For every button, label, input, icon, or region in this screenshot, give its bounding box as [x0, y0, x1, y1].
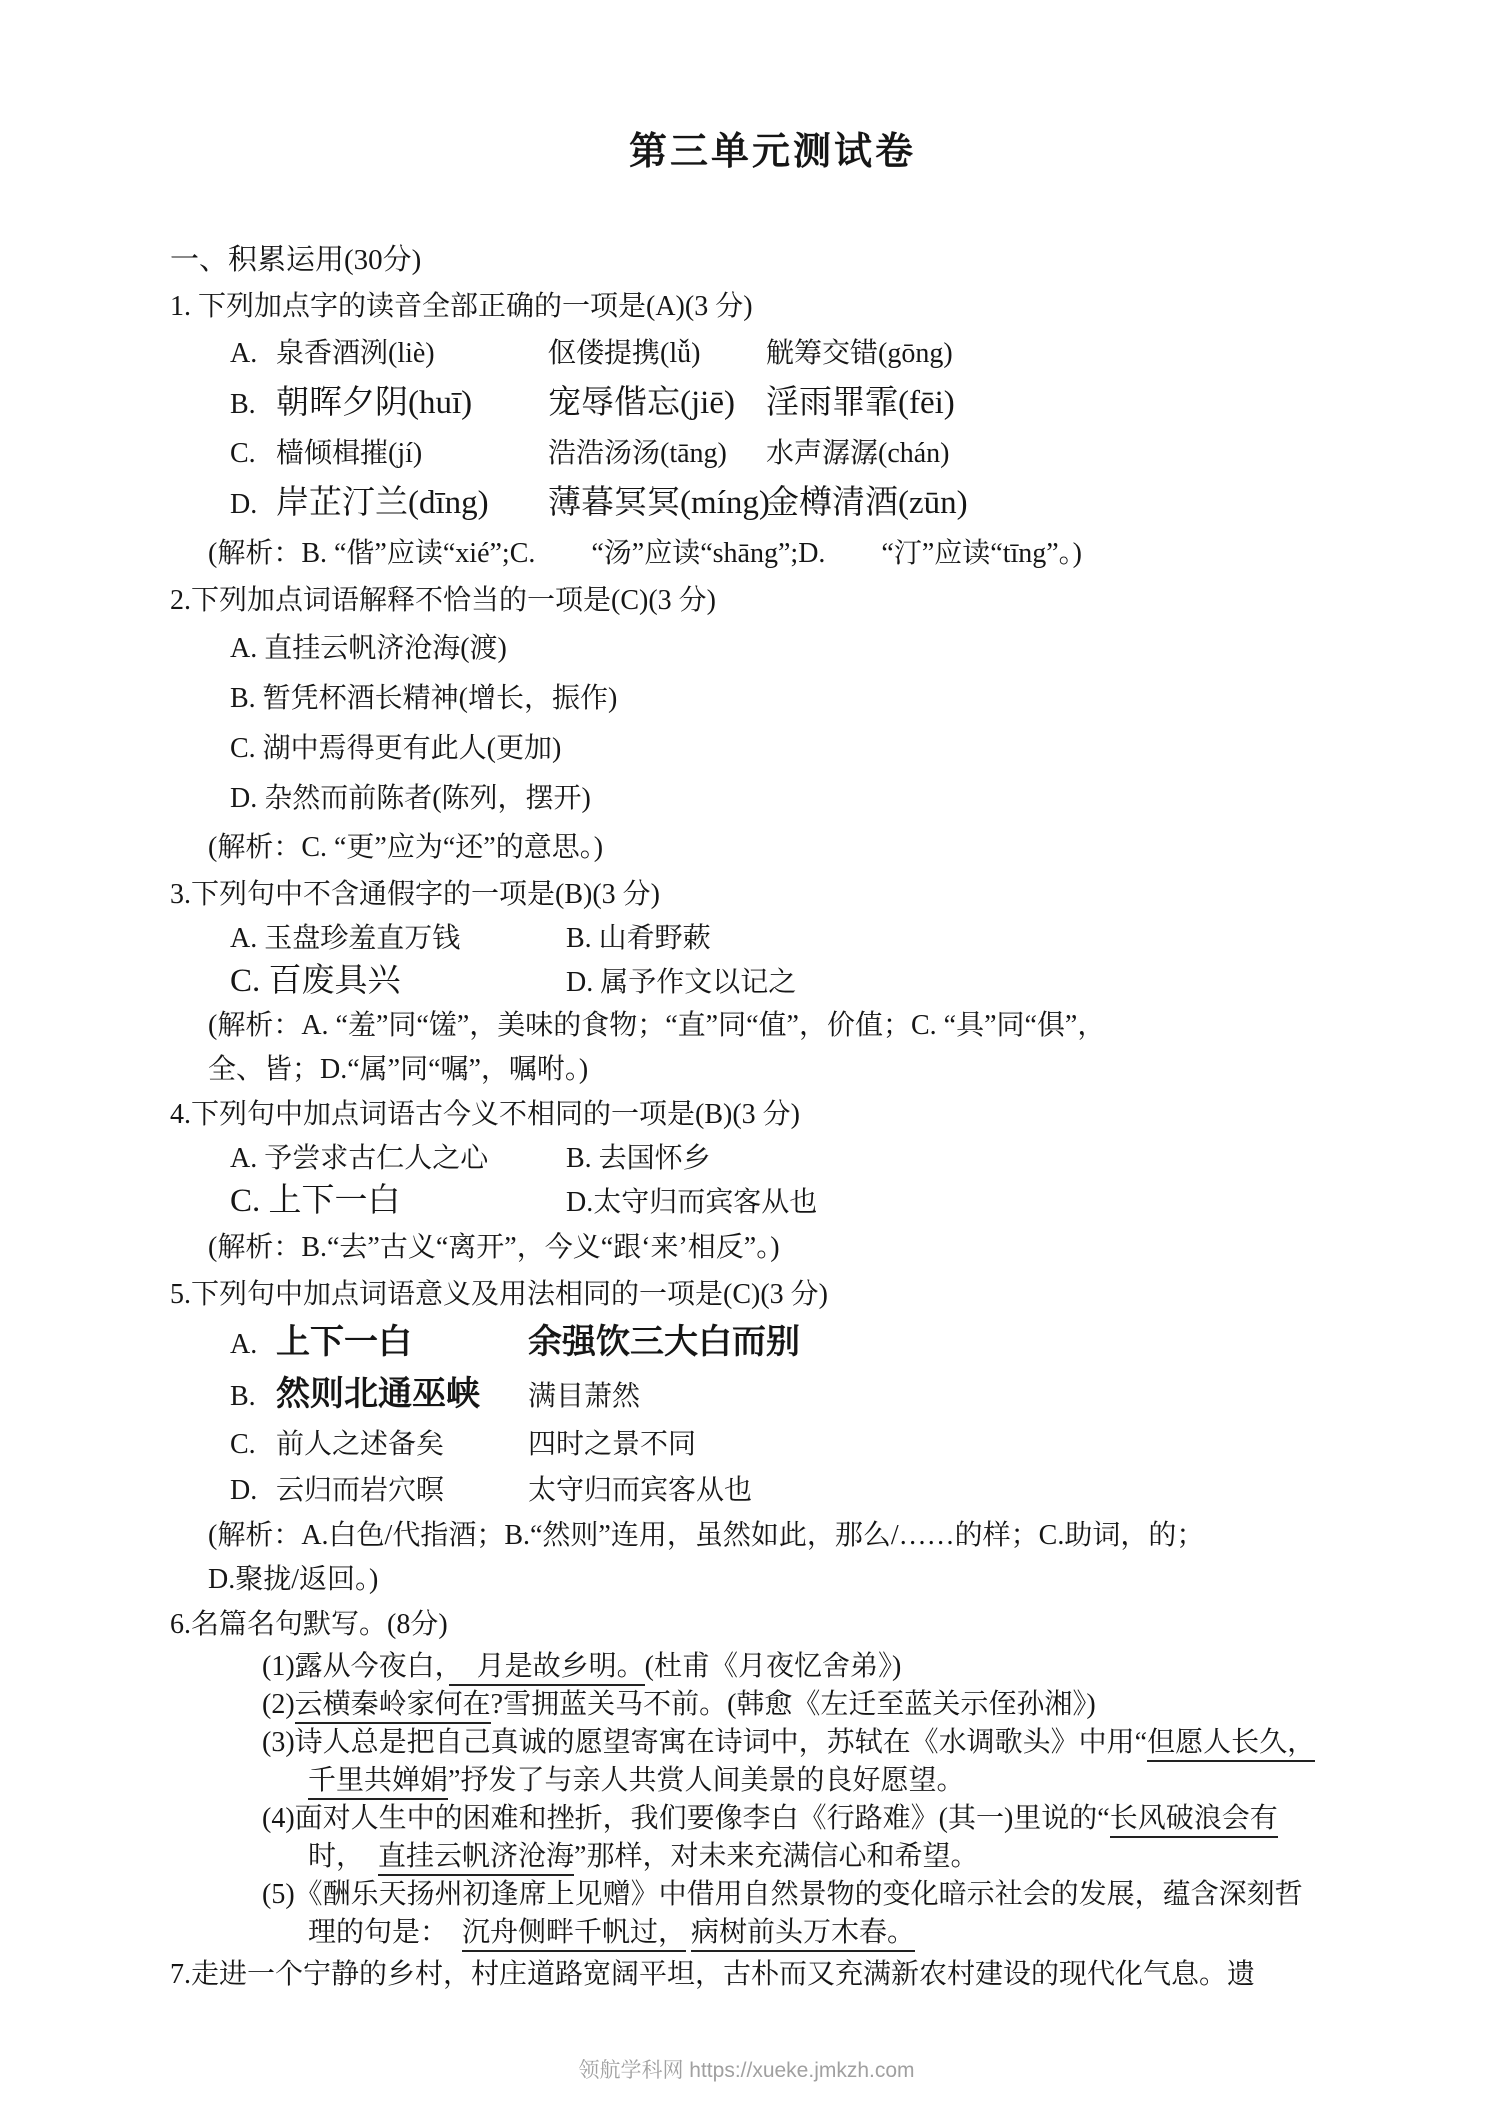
page-title: 第三单元测试卷 [170, 126, 1375, 178]
option-phrase: 然则北通巫峡 [276, 1370, 528, 1420]
question-stem: 3.下列句中不含通假字的一项是(B)(3 分) [170, 872, 1375, 918]
watermark-footer: 领航学科网 https://xueke.jmkzh.com [0, 2054, 1493, 2084]
option-d: D. 杂然而前陈者(陈列，摆开) [230, 774, 1375, 824]
option-phrase: 前人之述备矣 [276, 1422, 528, 1468]
item-text: ”那样，对未来充满信心和希望。 [574, 1841, 978, 1872]
dictation-item-2: (2)云横秦岭家何在?雪拥蓝关马不前。(韩愈《左迁至蓝关示侄孙湘》) [170, 1686, 1375, 1724]
analysis-note: (解析：C. “更”应为“还”的意思。) [208, 824, 1375, 872]
option-b: B. 去国怀乡 [566, 1138, 711, 1180]
option-row-d: D. 岸芷汀兰(dīng) 薄暮冥冥(míng) 金樽清酒(zūn) [230, 478, 1375, 530]
option-phrase: 伛偻提携(lǚ) [548, 330, 766, 378]
answer-blank: 长风破浪会有 [1110, 1803, 1278, 1838]
option-phrase: 浩浩汤汤(tāng) [548, 430, 766, 478]
item-text: ?雪拥蓝关马不前。(韩愈《左迁至蓝关示侄孙湘》) [491, 1689, 1096, 1720]
option-phrase: 太守归而宾客从也 [528, 1468, 752, 1514]
option-phrase: 满目萧然 [528, 1372, 640, 1422]
dictation-item-5: (5)《酬乐天扬州初逢席上见赠》中借用自然景物的变化暗示社会的发展，蕴含深刻哲 … [170, 1876, 1375, 1952]
answer-blank: 月是故乡明。 [449, 1651, 645, 1686]
option-row-a: A. 泉香酒洌(liè) 伛偻提携(lǚ) 觥筹交错(gōng) [230, 330, 1375, 378]
question-stem: 1. 下列加点字的读音全部正确的一项是(A)(3 分) [170, 284, 1375, 330]
analysis-note: (解析：B. “偕”应读“xié”;C. “汤”应读“shāng”;D. “汀”… [208, 530, 1375, 578]
item-text: (杜甫《月夜忆舍弟》) [645, 1651, 902, 1682]
option-phrase: 朝晖夕阴(huī) [276, 378, 548, 428]
option-phrase: 岸芷汀兰(dīng) [276, 478, 548, 528]
dictation-line: (1)露从今夜白， 月是故乡明。(杜甫《月夜忆舍弟》) [262, 1648, 1375, 1686]
answer-blank: 云横秦岭家何在 [295, 1689, 491, 1724]
answer-blank: 沉舟侧畔千帆过， [462, 1917, 686, 1952]
dictation-line: 理的句是： 沉舟侧畔千帆过，病树前头万木春。 [308, 1914, 1375, 1952]
dictation-item-4: (4)面对人生中的困难和挫折，我们要像李白《行路难》(其一)里说的“长风破浪会有… [170, 1800, 1375, 1876]
item-text: (3)诗人总是把自己真诚的愿望寄寓在诗词中，苏轼在《水调歌头》中用“ [262, 1727, 1147, 1758]
option-phrase: 泉香酒洌(liè) [276, 330, 548, 378]
question-stem: 6.名篇名句默写。(8分) [170, 1602, 1375, 1648]
question-6: 6.名篇名句默写。(8分) (1)露从今夜白， 月是故乡明。(杜甫《月夜忆舍弟》… [170, 1602, 1375, 1952]
item-text: (4)面对人生中的困难和挫折，我们要像李白《行路难》(其一)里说的“ [262, 1803, 1110, 1834]
dictation-line: (5)《酬乐天扬州初逢席上见赠》中借用自然景物的变化暗示社会的发展，蕴含深刻哲 [262, 1876, 1375, 1914]
answer-blank: 直挂云帆济沧海 [378, 1841, 574, 1876]
option-row-c: C. 樯倾楫摧(jí) 浩浩汤汤(tāng) 水声潺潺(chán) [230, 430, 1375, 478]
dictation-line: (2)云横秦岭家何在?雪拥蓝关马不前。(韩愈《左迁至蓝关示侄孙湘》) [262, 1686, 1375, 1724]
dictation-line: (3)诗人总是把自己真诚的愿望寄寓在诗词中，苏轼在《水调歌头》中用“但愿人长久， [262, 1724, 1375, 1762]
option-label: B. [230, 380, 276, 430]
option-d: D. 属予作文以记之 [566, 962, 796, 1004]
question-2: 2.下列加点词语解释不恰当的一项是(C)(3 分) A. 直挂云帆济沧海(渡) … [170, 578, 1375, 872]
question-3: 3.下列句中不含通假字的一项是(B)(3 分) A. 玉盘珍羞直万钱 B. 山肴… [170, 872, 1375, 1092]
option-label: D. [230, 480, 276, 530]
question-stem: 2.下列加点词语解释不恰当的一项是(C)(3 分) [170, 578, 1375, 624]
answer-blank: 但愿人长久， [1147, 1727, 1315, 1762]
option-label: C. [230, 430, 276, 478]
option-label: D. [230, 1468, 276, 1514]
section-heading: 一、积累运用(30分) [170, 236, 1375, 284]
option-d: D.太守归而宾客从也 [566, 1182, 817, 1224]
option-c: C. 百废具兴 [230, 960, 566, 1002]
option-a: A. 直挂云帆济沧海(渡) [230, 624, 1375, 674]
item-text: (5)《酬乐天扬州初逢席上见赠》中借用自然景物的变化暗示社会的发展，蕴含深刻哲 [262, 1879, 1303, 1910]
option-a: A. 玉盘珍羞直万钱 [230, 918, 566, 960]
answer-blank: 千里共婵娟 [308, 1765, 448, 1800]
question-4: 4.下列句中加点词语古今义不相同的一项是(B)(3 分) A. 予尝求古仁人之心… [170, 1092, 1375, 1272]
test-paper-page: 第三单元测试卷 一、积累运用(30分) 1. 下列加点字的读音全部正确的一项是(… [0, 0, 1493, 2112]
option-b: B. 山肴野蔌 [566, 918, 711, 960]
option-row-cd: C. 百废具兴 D. 属予作文以记之 [230, 960, 1375, 1004]
answer-blank: 病树前头万木春。 [691, 1917, 915, 1952]
option-row-c: C. 前人之述备矣 四时之景不同 [230, 1422, 1375, 1468]
item-text: 理的句是： [308, 1917, 462, 1948]
analysis-note: (解析：A. “羞”同“馐”，美味的食物；“直”同“值”，价值；C. “具”同“… [208, 1004, 1375, 1048]
dictation-line: 时， 直挂云帆济沧海”那样，对未来充满信心和希望。 [308, 1838, 1375, 1876]
option-label: A. [230, 330, 276, 378]
option-phrase: 薄暮冥冥(míng) [548, 478, 766, 528]
option-phrase: 云归而岩穴暝 [276, 1468, 528, 1514]
item-text: ”抒发了与亲人共赏人间美景的良好愿望。 [448, 1765, 964, 1796]
option-a: A. 予尝求古仁人之心 [230, 1138, 566, 1180]
option-label: A. [230, 1320, 276, 1370]
item-text: (1)露从今夜白， [262, 1651, 449, 1682]
question-stem: 7.走进一个宁静的乡村，村庄道路宽阔平坦，古朴而又充满新农村建设的现代化气息。遗 [170, 1952, 1375, 1998]
paper-content: 第三单元测试卷 一、积累运用(30分) 1. 下列加点字的读音全部正确的一项是(… [0, 0, 1493, 1998]
item-text: 时， [308, 1841, 378, 1872]
option-phrase: 淫雨罪霏(fēi) [766, 378, 955, 428]
option-row-b: B. 朝晖夕阴(huī) 宠辱偕忘(jiē) 淫雨罪霏(fēi) [230, 378, 1375, 430]
question-stem: 4.下列句中加点词语古今义不相同的一项是(B)(3 分) [170, 1092, 1375, 1138]
option-row-b: B. 然则北通巫峡 满目萧然 [230, 1370, 1375, 1422]
option-phrase: 水声潺潺(chán) [766, 430, 950, 478]
option-row-d: D. 云归而岩穴暝 太守归而宾客从也 [230, 1468, 1375, 1514]
option-c: C. 上下一白 [230, 1180, 566, 1222]
question-5: 5.下列句中加点词语意义及用法相同的一项是(C)(3 分) A. 上下一白 余强… [170, 1272, 1375, 1602]
option-label: B. [230, 1372, 276, 1422]
dictation-item-3: (3)诗人总是把自己真诚的愿望寄寓在诗词中，苏轼在《水调歌头》中用“但愿人长久，… [170, 1724, 1375, 1800]
option-phrase: 樯倾楫摧(jí) [276, 430, 548, 478]
option-phrase: 宠辱偕忘(jiē) [548, 378, 766, 428]
option-c: C. 湖中焉得更有此人(更加) [230, 724, 1375, 774]
analysis-note: (解析：B.“去”古义“离开”，今义“跟‘来’相反”。) [208, 1224, 1375, 1272]
item-text: (2) [262, 1689, 295, 1720]
analysis-note: (解析：A.白色/代指酒；B.“然则”连用，虽然如此，那么/……的样；C.助词，… [208, 1514, 1375, 1558]
question-7: 7.走进一个宁静的乡村，村庄道路宽阔平坦，古朴而又充满新农村建设的现代化气息。遗 [170, 1952, 1375, 1998]
option-b: B. 暂凭杯酒长精神(增长，振作) [230, 674, 1375, 724]
option-phrase: 觥筹交错(gōng) [766, 330, 953, 378]
dictation-line: (4)面对人生中的困难和挫折，我们要像李白《行路难》(其一)里说的“长风破浪会有 [262, 1800, 1375, 1838]
option-row-ab: A. 玉盘珍羞直万钱 B. 山肴野蔌 [230, 918, 1375, 960]
option-phrase: 四时之景不同 [528, 1422, 696, 1468]
option-row-cd: C. 上下一白 D.太守归而宾客从也 [230, 1180, 1375, 1224]
dictation-line: 千里共婵娟”抒发了与亲人共赏人间美景的良好愿望。 [308, 1762, 1375, 1800]
analysis-note: D.聚拢/返回。) [208, 1558, 1375, 1602]
option-phrase: 上下一白 [276, 1318, 528, 1368]
analysis-note: 全、皆；D.“属”同“嘱”，嘱咐。) [208, 1048, 1375, 1092]
option-phrase: 金樽清酒(zūn) [766, 478, 968, 528]
option-row-ab: A. 予尝求古仁人之心 B. 去国怀乡 [230, 1138, 1375, 1180]
option-phrase: 余强饮三大白而别 [528, 1318, 800, 1368]
dictation-item-1: (1)露从今夜白， 月是故乡明。(杜甫《月夜忆舍弟》) [170, 1648, 1375, 1686]
question-1: 1. 下列加点字的读音全部正确的一项是(A)(3 分) A. 泉香酒洌(liè)… [170, 284, 1375, 578]
question-stem: 5.下列句中加点词语意义及用法相同的一项是(C)(3 分) [170, 1272, 1375, 1318]
option-row-a: A. 上下一白 余强饮三大白而别 [230, 1318, 1375, 1370]
option-label: C. [230, 1422, 276, 1468]
